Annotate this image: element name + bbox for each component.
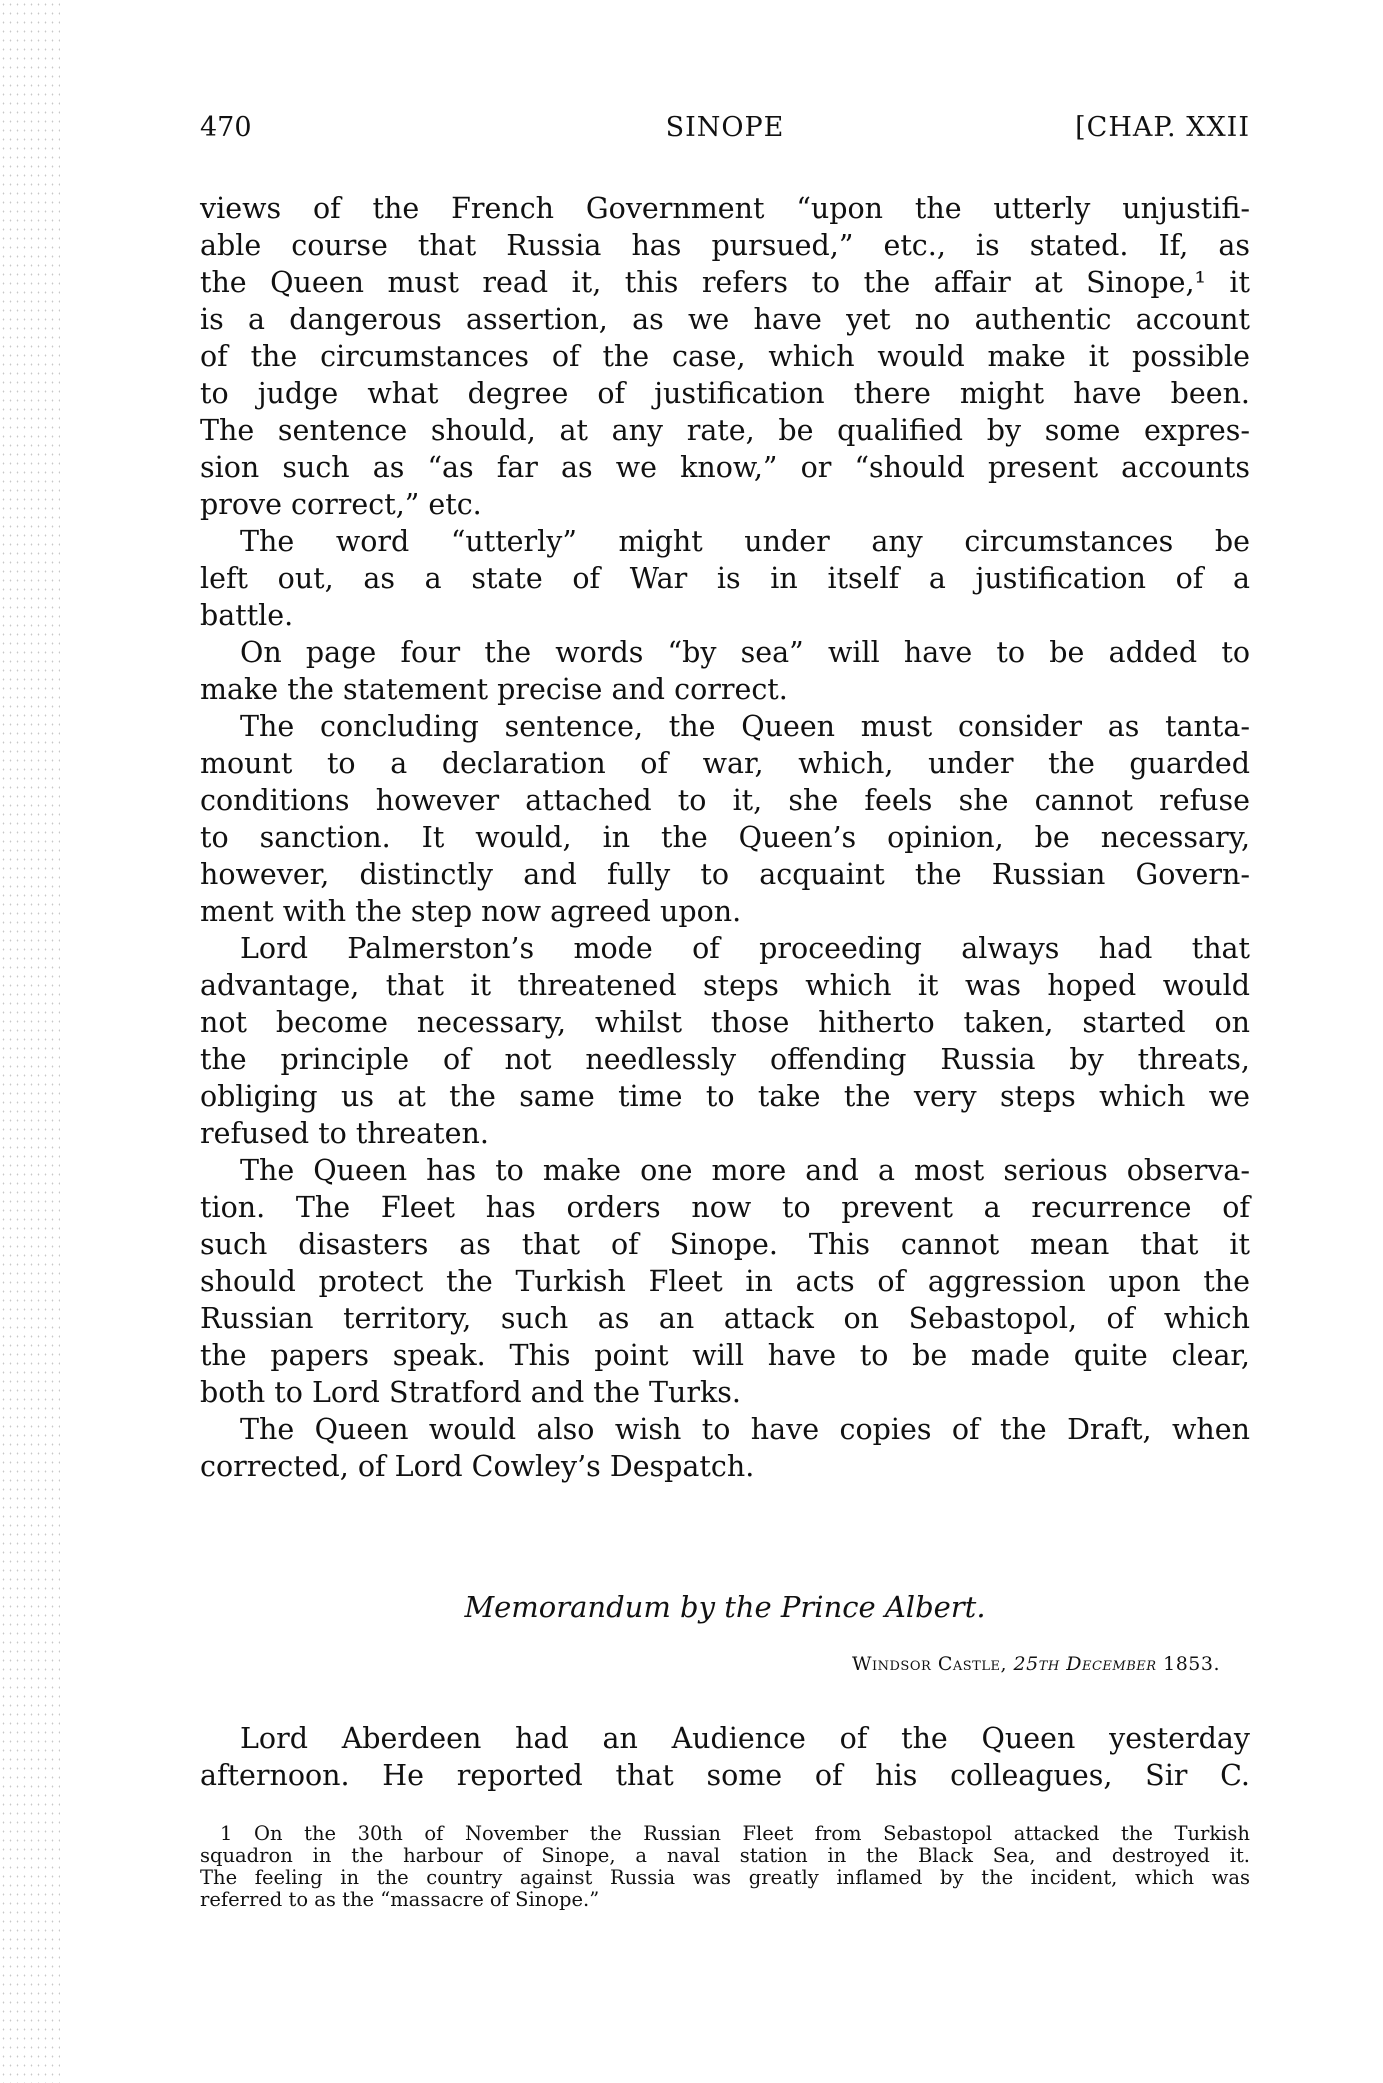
body-line: The sentence should, at any rate, be qua… <box>200 412 1250 449</box>
body-line: to judge what degree of justification th… <box>200 375 1250 412</box>
body-line: the papers speak. This point will have t… <box>200 1337 1250 1374</box>
body-line: conditions however attached to it, she f… <box>200 782 1250 819</box>
footnote-line: The feeling in the country against Russi… <box>200 1867 1250 1889</box>
dateline-day: 25th December <box>1014 1653 1157 1675</box>
body-line: tion. The Fleet has orders now to preven… <box>200 1189 1250 1226</box>
body-line: The word “utterly” might under any circu… <box>240 523 1250 560</box>
body-line: the principle of not needlessly offendin… <box>200 1041 1250 1078</box>
body-line: should protect the Turkish Fleet in acts… <box>200 1263 1250 1300</box>
footnote-line: squadron in the harbour of Sinope, a nav… <box>200 1845 1250 1867</box>
body-line: Russian territory, such as an attack on … <box>200 1300 1250 1337</box>
body-line: corrected, of Lord Cowley’s Despatch. <box>200 1448 1250 1485</box>
dateline-place: Windsor Castle, <box>852 1653 1014 1675</box>
body-line: make the statement precise and correct. <box>200 671 1250 708</box>
memorandum-line: Lord Aberdeen had an Audience of the Que… <box>240 1720 1250 1757</box>
chapter-label: [CHAP. XXII <box>1075 112 1250 143</box>
body-line: ment with the step now agreed upon. <box>200 893 1250 930</box>
scanned-page-edge <box>0 0 60 2083</box>
footnote-line: referred to as the “massacre of Sinope.” <box>200 1889 1250 1911</box>
body-line: The concluding sentence, the Queen must … <box>240 708 1250 745</box>
body-line: the Queen must read it, this refers to t… <box>200 264 1250 301</box>
dateline-year: 1853. <box>1157 1653 1220 1675</box>
body-line: both to Lord Stratford and the Turks. <box>200 1374 1250 1411</box>
body-line: such disasters as that of Sinope. This c… <box>200 1226 1250 1263</box>
body-line: obliging us at the same time to take the… <box>200 1078 1250 1115</box>
body-line: battle. <box>200 597 1250 634</box>
body-line: sion such as “as far as we know,” or “sh… <box>200 449 1250 486</box>
body-line: left out, as a state of War is in itself… <box>200 560 1250 597</box>
body-line: The Queen has to make one more and a mos… <box>240 1152 1250 1189</box>
body-line: refused to threaten. <box>200 1115 1250 1152</box>
body-line: prove correct,” etc. <box>200 486 1250 523</box>
footnote-line: 1 On the 30th of November the Russian Fl… <box>220 1823 1250 1845</box>
body-line: of the circumstances of the case, which … <box>200 338 1250 375</box>
body-line: to sanction. It would, in the Queen’s op… <box>200 819 1250 856</box>
body-line: is a dangerous assertion, as we have yet… <box>200 301 1250 338</box>
body-line: able course that Russia has pursued,” et… <box>200 227 1250 264</box>
body-line: however, distinctly and fully to acquain… <box>200 856 1250 893</box>
running-header: 470 SINOPE [CHAP. XXII <box>200 112 1250 152</box>
memorandum-heading: Memorandum by the Prince Albert. <box>200 1590 1250 1624</box>
memorandum-line: afternoon. He reported that some of his … <box>200 1757 1250 1794</box>
body-line: not become necessary, whilst those hithe… <box>200 1004 1250 1041</box>
body-line: advantage, that it threatened steps whic… <box>200 967 1250 1004</box>
body-line: Lord Palmerston’s mode of proceeding alw… <box>240 930 1250 967</box>
body-line: views of the French Government “upon the… <box>200 190 1250 227</box>
body-line: The Queen would also wish to have copies… <box>240 1411 1250 1448</box>
body-line: mount to a declaration of war, which, un… <box>200 745 1250 782</box>
dateline: Windsor Castle, 25th December 1853. <box>852 1653 1220 1675</box>
body-line: On page four the words “by sea” will hav… <box>240 634 1250 671</box>
